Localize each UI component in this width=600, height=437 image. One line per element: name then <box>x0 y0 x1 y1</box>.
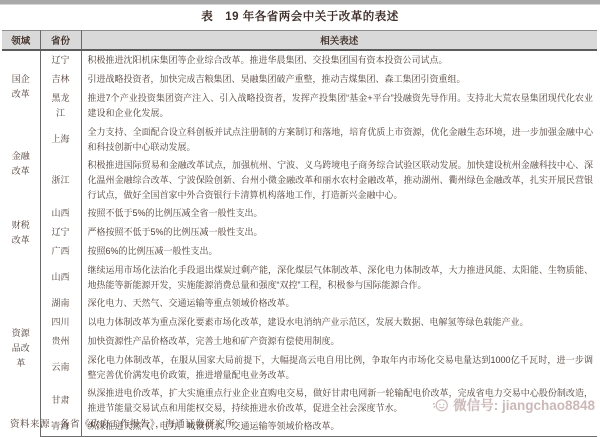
table-row: 金融改革上海全力支持、全面配合设立科创板并试点注册制的方案制订和落地，培育优质上… <box>2 123 597 156</box>
province-label: 山西 <box>51 206 69 221</box>
field-cell: 财税改革 <box>2 204 40 261</box>
province-label: 云南 <box>51 360 69 375</box>
top-divider-bar <box>0 0 600 5</box>
statement-cell: 严格按照不低于5%的比例压减一般性支出。 <box>81 223 597 242</box>
province-label: 四川 <box>51 315 69 330</box>
statement-cell: 深化电力体制改革，在服从国家大局前提下，大幅提高云电自用比例，争取年内市场化交易… <box>81 351 597 384</box>
field-label: 资源品改革 <box>11 326 30 371</box>
province-cell: 辽宁 <box>40 223 81 242</box>
table-row: 吉林引进战略投资者，加快完成吉粮集团、昊融集团破产重整，推动吉煤集团、森工集团引… <box>2 70 597 89</box>
statement-cell: 以电力体制改革为重点深化要素市场化改革，建设水电消纳产业示范区，发展大数据、电解… <box>81 313 597 332</box>
statement-cell: 深化电力、天然气、交通运输等重点领域价格改革。 <box>81 294 597 313</box>
header-statement: 相关表述 <box>81 31 597 51</box>
statement-cell: 推进7个产业投资集团资产注入、引入战略投资者，发挥产投集团“基金+平台”投融资先… <box>81 89 597 123</box>
province-cell: 山西 <box>40 204 81 223</box>
province-label: 湖南 <box>51 296 69 311</box>
table-row: 湖南深化电力、天然气、交通运输等重点领域价格改革。 <box>2 294 597 313</box>
statement-cell: 引进战略投资者，加快完成吉粮集团、昊融集团破产重整，推动吉煤集团、森工集团引资重… <box>81 70 597 89</box>
province-label: 上海 <box>51 132 69 147</box>
table-row: 四川以电力体制改革为重点深化要素市场化改革，建设水电消纳产业示范区，发展大数据、… <box>2 313 597 332</box>
province-cell: 云南 <box>40 351 81 384</box>
statement-cell: 纵深推进电价改革，扩大实施重点行业企业直购电交易，做好甘肃电网新一轮输配电价改革… <box>81 384 597 417</box>
table-header: 领域 省份 相关表述 <box>2 31 597 51</box>
table-row: 黑龙江推进7个产业投资集团资产注入、引入战略投资者，发挥产投集团“基金+平台”投… <box>2 89 597 123</box>
province-label: 广西 <box>51 244 69 259</box>
province-cell: 辽宁 <box>40 50 81 70</box>
province-cell: 山西 <box>40 261 81 294</box>
table-row: 甘肃纵深推进电价改革，扩大实施重点行业企业直购电交易，做好甘肃电网新一轮输配电价… <box>2 384 597 417</box>
field-label: 财税改革 <box>11 218 30 248</box>
province-label: 甘肃 <box>51 393 69 408</box>
reform-table: 领域 省份 相关表述 国企改革辽宁积极推进沈阳机床集团等企业综合改革。推进华晨集… <box>2 30 597 437</box>
field-cell: 资源品改革 <box>2 261 40 437</box>
table-title: 表 19 年各省两会中关于改革的表述 <box>0 8 600 24</box>
statement-cell: 按照6%的比例压减一般性支出。 <box>81 242 597 261</box>
source-note: 资料来源：各省《政府工作报告》，海通证券研究所 <box>10 416 235 430</box>
field-label: 金融改革 <box>11 149 30 179</box>
province-cell: 浙江 <box>40 156 81 204</box>
province-label: 黑龙江 <box>51 91 70 121</box>
table-body: 国企改革辽宁积极推进沈阳机床集团等企业综合改革。推进华晨集团、交投集团国有资本投… <box>2 50 597 437</box>
province-label: 吉林 <box>51 72 69 87</box>
table-row: 云南深化电力体制改革，在服从国家大局前提下，大幅提高云电自用比例，争取年内市场化… <box>2 351 597 384</box>
statement-cell: 全力支持、全面配合设立科创板并试点注册制的方案制订和落地，培育优质上市资源，优化… <box>81 123 597 156</box>
field-cell: 金融改革 <box>2 123 40 204</box>
province-label: 山西 <box>51 270 69 285</box>
statement-cell: 按照不低于5%的比例压减全省一般性支出。 <box>81 204 597 223</box>
province-cell: 甘肃 <box>40 384 81 417</box>
province-label: 贵州 <box>51 334 69 349</box>
header-field: 领域 <box>2 31 40 51</box>
statement-cell: 积极推进国际贸易和金融改革试点，加强杭州、宁波、义乌跨境电子商务综合试验区联动发… <box>81 156 597 204</box>
table-row: 国企改革辽宁积极推进沈阳机床集团等企业综合改革。推进华晨集团、交投集团国有资本投… <box>2 50 597 70</box>
table-row: 浙江积极推进国际贸易和金融改革试点，加强杭州、宁波、义乌跨境电子商务综合试验区联… <box>2 156 597 204</box>
province-label: 辽宁 <box>51 225 69 240</box>
table-row: 财税改革山西按照不低于5%的比例压减全省一般性支出。 <box>2 204 597 223</box>
statement-cell: 积极推进沈阳机床集团等企业综合改革。推进华晨集团、交投集团国有资本投资公司试点。 <box>81 50 597 70</box>
province-cell: 上海 <box>40 123 81 156</box>
province-cell: 黑龙江 <box>40 89 81 123</box>
province-cell: 湖南 <box>40 294 81 313</box>
province-cell: 四川 <box>40 313 81 332</box>
table-row: 辽宁严格按照不低于5%的比例压减一般性支出。 <box>2 223 597 242</box>
province-cell: 广西 <box>40 242 81 261</box>
statement-cell: 加快资源性产品价格改革，完善土地和矿产资源有偿使用制度。 <box>81 332 597 351</box>
province-label: 辽宁 <box>51 53 69 68</box>
field-label: 国企改革 <box>11 72 30 102</box>
province-cell: 吉林 <box>40 70 81 89</box>
province-cell: 贵州 <box>40 332 81 351</box>
province-label: 浙江 <box>51 173 69 188</box>
statement-cell: 继续运用市场化法治化手段退出煤炭过剩产能，深化煤层气体制改革、深化电力体制改革，… <box>81 261 597 294</box>
table-row: 贵州加快资源性产品价格改革，完善土地和矿产资源有偿使用制度。 <box>2 332 597 351</box>
table-row: 广西按照6%的比例压减一般性支出。 <box>2 242 597 261</box>
field-cell: 国企改革 <box>2 50 40 123</box>
header-province: 省份 <box>40 31 81 51</box>
table-row: 资源品改革山西继续运用市场化法治化手段退出煤炭过剩产能，深化煤层气体制改革、深化… <box>2 261 597 294</box>
